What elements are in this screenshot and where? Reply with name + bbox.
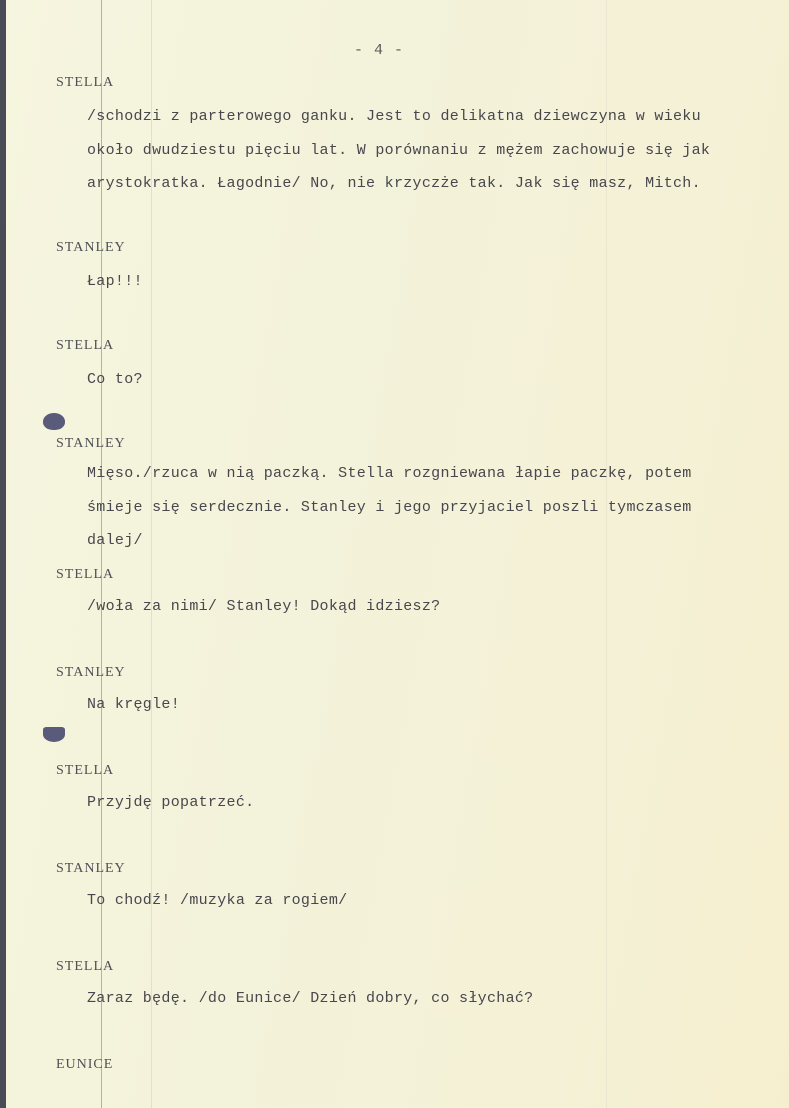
speaker-name: STELLA bbox=[56, 959, 114, 975]
dialogue-line: arystokratka. Łagodnie/ No, nie krzyczże… bbox=[87, 175, 701, 192]
dialogue-line: Co to? bbox=[87, 371, 143, 388]
dialogue-line: Zaraz będę. /do Eunice/ Dzień dobry, co … bbox=[87, 990, 533, 1007]
speaker-name: STELLA bbox=[56, 338, 114, 354]
speaker-name: STELLA bbox=[56, 567, 114, 583]
dialogue-line: Na kręgle! bbox=[87, 696, 180, 713]
dialogue-line: Łap!!! bbox=[87, 273, 143, 290]
speaker-name: STELLA bbox=[56, 763, 114, 779]
dialogue-line: dalej/ bbox=[87, 532, 143, 549]
punch-hole-icon bbox=[43, 413, 65, 430]
dialogue-line: śmieje się serdecznie. Stanley i jego pr… bbox=[87, 499, 692, 516]
paper-fold bbox=[606, 0, 607, 1108]
punch-hole-icon bbox=[43, 727, 65, 742]
dialogue-line: Mięso./rzuca w nią paczką. Stella rozgni… bbox=[87, 465, 692, 482]
speaker-name: STANLEY bbox=[56, 665, 126, 681]
typewritten-page: - 4 - STELLA /schodzi z parterowego gank… bbox=[6, 0, 789, 1108]
speaker-name: EUNICE bbox=[56, 1057, 113, 1073]
margin-line bbox=[101, 0, 102, 1108]
margin-line bbox=[151, 0, 152, 1108]
speaker-name: STANLEY bbox=[56, 240, 126, 256]
dialogue-line: około dwudziestu pięciu lat. W porównani… bbox=[87, 142, 710, 159]
dialogue-line: To chodź! /muzyka za rogiem/ bbox=[87, 892, 347, 909]
dialogue-line: /schodzi z parterowego ganku. Jest to de… bbox=[87, 108, 701, 125]
dialogue-line: Przyjdę popatrzeć. bbox=[87, 794, 254, 811]
dialogue-line: /woła za nimi/ Stanley! Dokąd idziesz? bbox=[87, 598, 440, 615]
page-number: - 4 - bbox=[354, 42, 404, 59]
speaker-name: STELLA bbox=[56, 75, 114, 91]
speaker-name: STANLEY bbox=[56, 436, 126, 452]
speaker-name: STANLEY bbox=[56, 861, 126, 877]
